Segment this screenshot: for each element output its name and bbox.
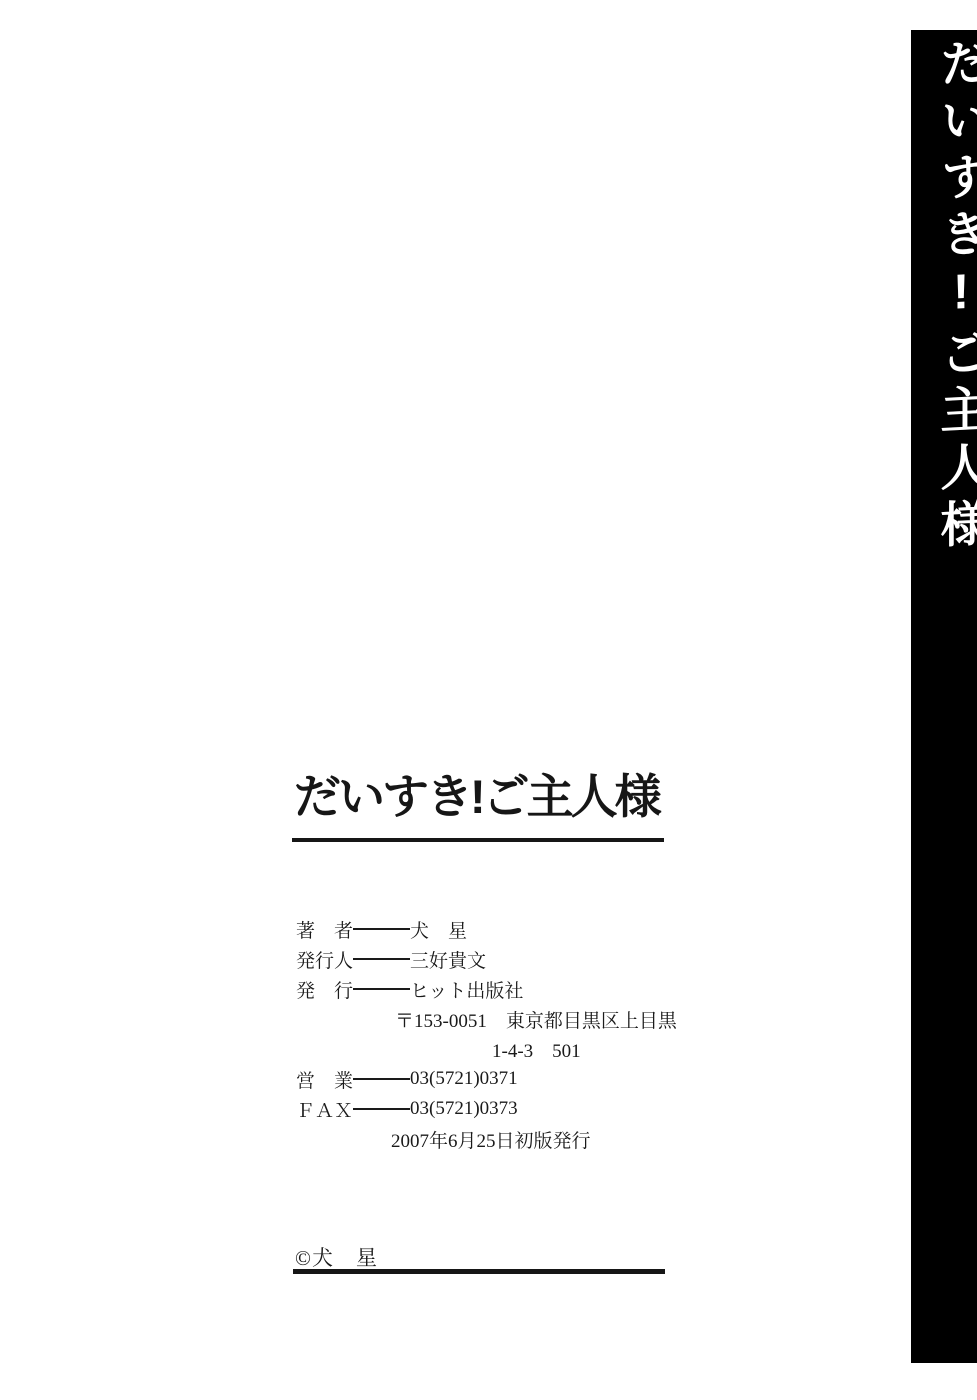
dash-connector [353, 958, 410, 960]
address-value: 〒153-0051 東京都目黒区上目黒 [395, 1006, 677, 1033]
colophon-row-address: 〒153-0051 東京都目黒区上目黒 [296, 1004, 716, 1034]
sales-phone-value: 03(5721)0371 [410, 1068, 518, 1090]
title-underline-rule [292, 838, 664, 842]
colophon-credits: 著 者 犬 星 発行人 三好貴文 発 行 ヒット出版社 〒153-0051 東京… [296, 914, 716, 1154]
publisher-person-label: 発行人 [296, 946, 353, 973]
fax-value: 03(5721)0373 [410, 1098, 518, 1120]
publisher-label: 発 行 [296, 976, 353, 1003]
dash-connector [353, 1078, 410, 1080]
colophon-row-author: 著 者 犬 星 [296, 914, 716, 944]
dash-connector [353, 988, 410, 990]
edition-date-value: 2007年6月25日初版発行 [391, 1126, 591, 1153]
author-label: 著 者 [296, 916, 353, 943]
copyright-line: ©犬 星 [295, 1242, 378, 1272]
colophon-row-publisher-person: 発行人 三好貴文 [296, 944, 716, 974]
spine-bar: だいすき!ご主人様 [911, 30, 977, 1363]
publisher-value: ヒット出版社 [410, 976, 523, 1003]
colophon-row-address-2: 1-4-3 501 [296, 1034, 716, 1064]
colophon-page: だいすき!ご主人様 だいすき!ご主人様 著 者 犬 星 発行人 三好貴文 発 行… [0, 0, 977, 1400]
book-title: だいすき!ご主人様 [294, 770, 659, 824]
dash-connector [353, 1108, 410, 1110]
colophon-row-fax: ＦＡＸ 03(5721)0373 [296, 1094, 716, 1124]
address-room-value: 1-4-3 501 [492, 1036, 581, 1063]
sales-label: 営 業 [296, 1066, 353, 1093]
dash-connector [353, 928, 410, 930]
colophon-row-publisher: 発 行 ヒット出版社 [296, 974, 716, 1004]
fax-label: ＦＡＸ [296, 1096, 353, 1123]
colophon-row-edition-date: 2007年6月25日初版発行 [296, 1124, 716, 1154]
publisher-person-value: 三好貴文 [410, 946, 486, 973]
spine-vertical-title: だいすき!ご主人様 [911, 36, 977, 1340]
bottom-rule [293, 1269, 665, 1274]
colophon-row-sales-phone: 営 業 03(5721)0371 [296, 1064, 716, 1094]
author-value: 犬 星 [410, 916, 467, 943]
